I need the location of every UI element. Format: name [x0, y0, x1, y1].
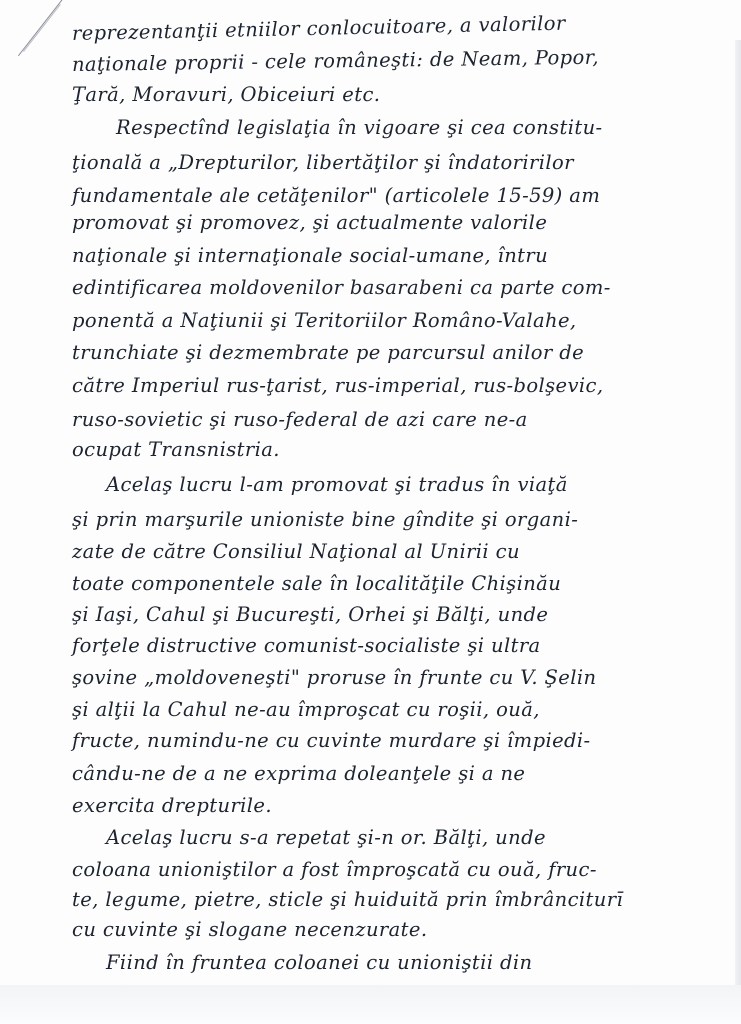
text-line: Ţară, Moravuri, Obiceiuri etc. [72, 83, 380, 106]
text-line: zate de către Consiliul Naţional al Unir… [72, 540, 520, 563]
text-line: forţele distructive comunist-socialiste … [72, 634, 541, 657]
text-line: promovat şi promovez, şi actualmente val… [72, 211, 547, 234]
text-line: către Imperiul rus-ţarist, rus-imperial,… [72, 374, 603, 397]
paragraph-start: Acelaş lucru l-am promovat şi tradus în … [106, 473, 568, 496]
text-line: reprezentanţii etniilor conlocuitoare, a… [72, 12, 566, 45]
text-line: coloana unioniştilor a fost împroşcată c… [72, 858, 597, 881]
text-line: şi prin marşurile unioniste bine gîndite… [72, 508, 578, 531]
text-line: ocupat Transnistria. [72, 438, 280, 461]
text-line: fructe, numindu-ne cu cuvinte murdare şi… [72, 729, 591, 752]
text-line: toate componentele sale în localităţile … [72, 572, 561, 595]
scan-bottom-margin [0, 985, 741, 1024]
text-line: cându-ne de a ne exprima doleanţele şi a… [72, 762, 525, 785]
text-line: fundamentale ale cetăţenilor" (articolel… [72, 184, 600, 207]
continuation-mark-shadow [23, 4, 61, 52]
text-line: ruso-sovietic şi ruso-federal de azi car… [72, 408, 528, 431]
text-line: te, legume, pietre, sticle şi huiduită p… [72, 888, 623, 911]
scanned-page: reprezentanţii etniilor conlocuitoare, a… [0, 0, 741, 1024]
text-line: ţională a „Drepturilor, libertăţilor şi … [72, 151, 574, 174]
text-line: ponentă a Naţiunii şi Teritoriilor Român… [72, 309, 577, 332]
paragraph-start: Respectînd legislaţia în vigoare şi cea … [116, 116, 603, 139]
text-line: trunchiate şi dezmembrate pe parcursul a… [72, 341, 584, 364]
text-line: şi Iaşi, Cahul şi Bucureşti, Orhei şi Bă… [72, 603, 548, 626]
paper-edge [735, 40, 741, 1020]
text-line: edintificarea moldovenilor basarabeni ca… [72, 276, 611, 299]
text-line: exercita drepturile. [72, 794, 272, 817]
text-line: naţionale şi internaţionale social-umane… [72, 244, 548, 267]
text-line: cu cuvinte şi slogane necenzurate. [72, 918, 427, 941]
paragraph-start: Fiind în fruntea coloanei cu unioniştii … [106, 951, 532, 974]
text-line: naţionale proprii - cele româneşti: de N… [72, 46, 599, 76]
text-line: şovine „moldoveneşti" proruse în frunte … [72, 666, 596, 689]
paragraph-start: Acelaş lucru s-a repetat şi-n or. Bălţi,… [106, 826, 546, 849]
text-line: şi alţii la Cahul ne-au împroşcat cu roş… [72, 698, 540, 721]
